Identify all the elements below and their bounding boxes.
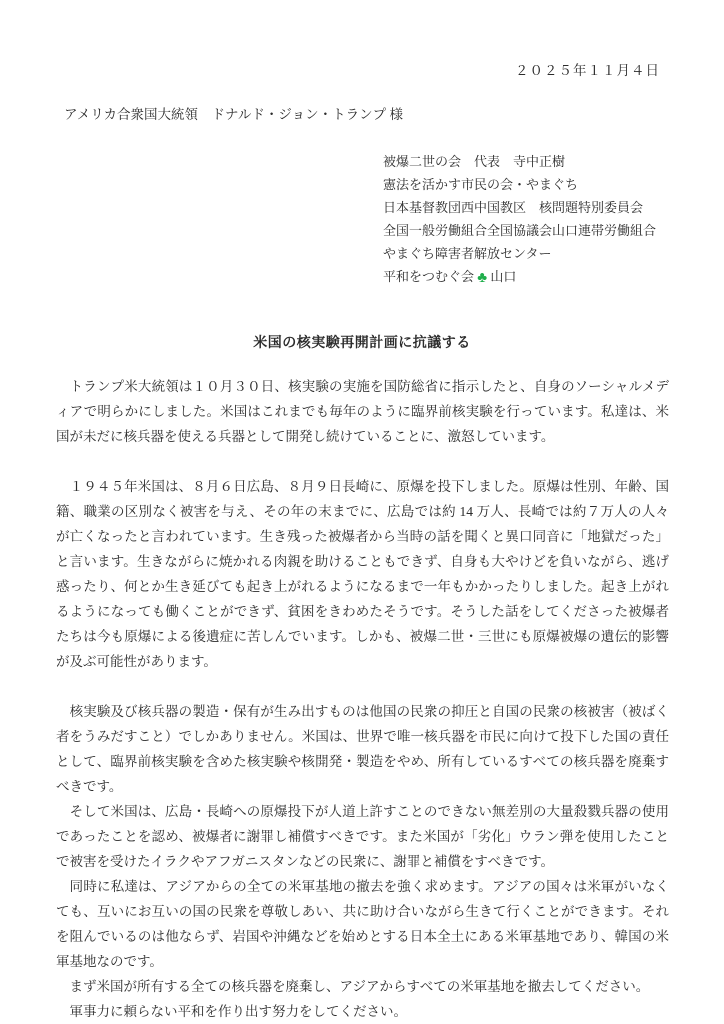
sender-line: やまぐち障害者解放センター xyxy=(383,242,724,265)
paragraph: １９４５年米国は、８月６日広島、８月９日長崎に、原爆を投下しました。原爆は性別、… xyxy=(56,474,669,674)
peace-group-region: 山口 xyxy=(487,269,516,284)
paragraph: そして米国は、広島・長崎への原爆投下が人道上許すことのできない無差別の大量殺戮兵… xyxy=(56,799,669,874)
clover-icon: ♣ xyxy=(477,271,487,286)
peace-group-name: 平和をつむぐ会 xyxy=(383,269,477,284)
paragraph: 核実験及び核兵器の製造・保有が生み出すものは他国の民衆の抑圧と自国の民衆の核被害… xyxy=(56,699,669,799)
sender-line: 憲法を活かす市民の会・やまぐち xyxy=(383,173,724,196)
sender-line: 被爆二世の会 代表 寺中正樹 xyxy=(383,150,724,173)
sender-line: 日本基督教団西中国教区 核問題特別委員会 xyxy=(383,196,724,219)
letter-addressee: アメリカ合衆国大統領 ドナルド・ジョン・トランプ 様 xyxy=(64,106,724,124)
letter-title: 米国の核実験再開計画に抗議する xyxy=(0,332,724,352)
paragraph: 軍事力に頼らない平和を作り出す努力をしてください。 xyxy=(56,999,669,1024)
paragraph: トランプ米大統領は１０月３０日、核実験の実施を国防総省に指示したと、自身のソーシ… xyxy=(56,374,669,449)
letter-body: トランプ米大統領は１０月３０日、核実験の実施を国防総省に指示したと、自身のソーシ… xyxy=(56,374,669,1024)
paragraph: まず米国が所有する全ての核兵器を廃棄し、アジアからすべての米軍基地を撤去してくだ… xyxy=(56,974,669,999)
sender-line: 全国一般労働組合全国協議会山口連帯労働組合 xyxy=(383,219,724,242)
paragraph: 同時に私達は、アジアからの全ての米軍基地の撤去を強く求めます。アジアの国々は米軍… xyxy=(56,874,669,974)
letter-page: ２０２５年１１月４日 アメリカ合衆国大統領 ドナルド・ジョン・トランプ 様 被爆… xyxy=(0,0,724,1024)
sender-line-peace-group: 平和をつむぐ会 ♣ 山口 xyxy=(383,265,724,288)
sender-block: 被爆二世の会 代表 寺中正樹 憲法を活かす市民の会・やまぐち 日本基督教団西中国… xyxy=(383,150,724,288)
letter-date: ２０２５年１１月４日 xyxy=(0,0,724,80)
